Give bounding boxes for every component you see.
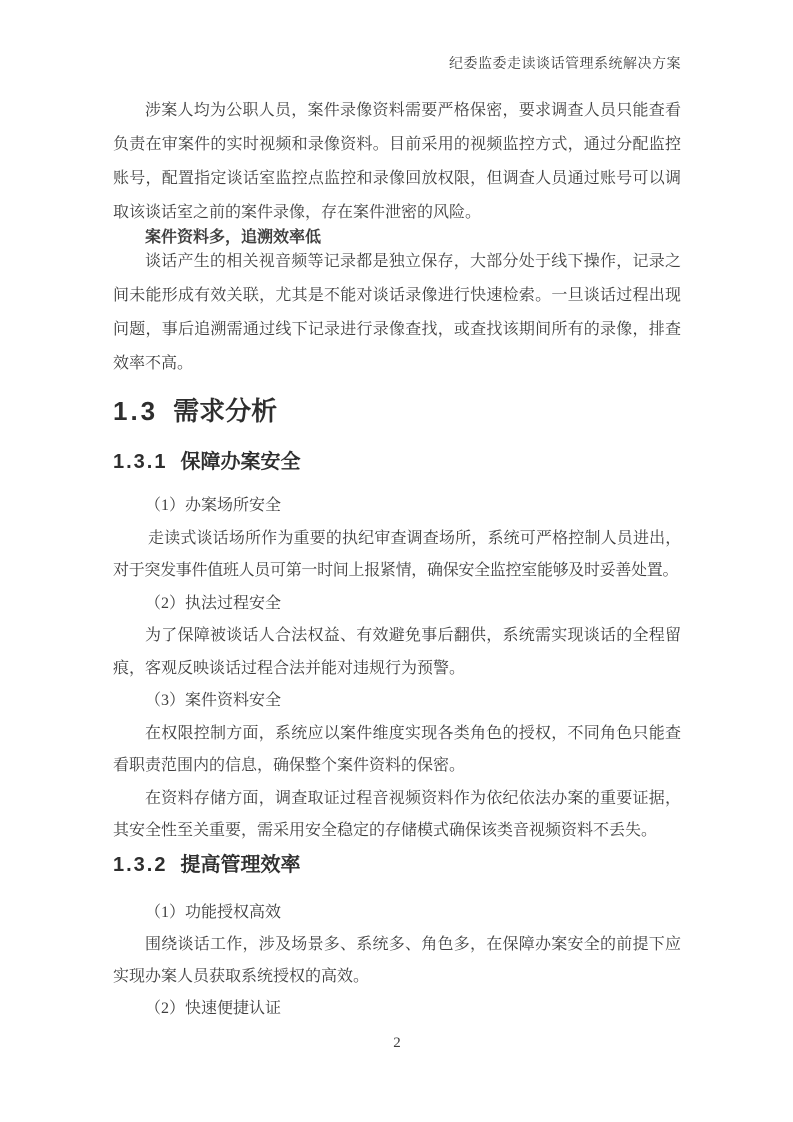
item-material-safety-title: （3）案件资料安全	[113, 685, 681, 718]
item-authentication-title: （2）快速便捷认证	[113, 993, 681, 1025]
page-number: 2	[113, 1033, 681, 1053]
heading-case-safety: 1.3.1保障办案安全	[113, 447, 681, 477]
item-enforcement-safety-title: （2）执法过程安全	[113, 588, 681, 621]
item-authorization-body: 围绕谈话工作，涉及场景多、系统多、角色多，在保障办案安全的前提下应实现办案人员获…	[113, 929, 681, 993]
heading-management-efficiency-number: 1.3.2	[113, 854, 167, 876]
heading-case-safety-number: 1.3.1	[113, 451, 167, 473]
heading-needs-analysis: 1.3需求分析	[113, 393, 681, 429]
heading-management-efficiency: 1.3.2提高管理效率	[113, 850, 681, 880]
section-management-efficiency: （1）功能授权高效 围绕谈话工作，涉及场景多、系统多、角色多，在保障办案安全的前…	[113, 897, 681, 1025]
page-header: 纪委监委走读谈话管理系统解决方案	[113, 56, 681, 74]
item-material-safety-body-storage: 在资料存储方面，调查取证过程音视频资料作为依纪依法办案的重要证据，其安全性至关重…	[113, 783, 681, 848]
item-premises-safety-body: 走读式谈话场所作为重要的执纪审查调查场所，系统可严格控制人员进出，对于突发事件值…	[113, 523, 681, 588]
heading-case-safety-text: 保障办案安全	[180, 451, 300, 473]
section-case-safety: （1）办案场所安全 走读式谈话场所作为重要的执纪审查调查场所，系统可严格控制人员…	[113, 490, 681, 848]
item-material-safety-body-permissions: 在权限控制方面，系统应以案件维度实现各类角色的授权，不同角色只能查看职责范围内的…	[113, 718, 681, 783]
paragraph-video-secrecy: 涉案人均为公职人员，案件录像资料需要严格保密，要求调查人员只能查看负责在审案件的…	[113, 94, 681, 230]
paragraph-traceability: 谈话产生的相关视音频等记录都是独立保存，大部分处于线下操作，记录之间未能形成有效…	[113, 245, 681, 381]
heading-needs-analysis-text: 需求分析	[173, 396, 277, 426]
heading-management-efficiency-text: 提高管理效率	[180, 854, 300, 876]
item-premises-safety-title: （1）办案场所安全	[113, 490, 681, 523]
document-page: 纪委监委走读谈话管理系统解决方案 涉案人均为公职人员，案件录像资料需要严格保密，…	[0, 0, 793, 1122]
heading-needs-analysis-number: 1.3	[113, 396, 158, 426]
item-enforcement-safety-body: 为了保障被谈话人合法权益、有效避免事后翻供，系统需实现谈话的全程留痕，客观反映谈…	[113, 620, 681, 685]
item-authorization-title: （1）功能授权高效	[113, 897, 681, 929]
